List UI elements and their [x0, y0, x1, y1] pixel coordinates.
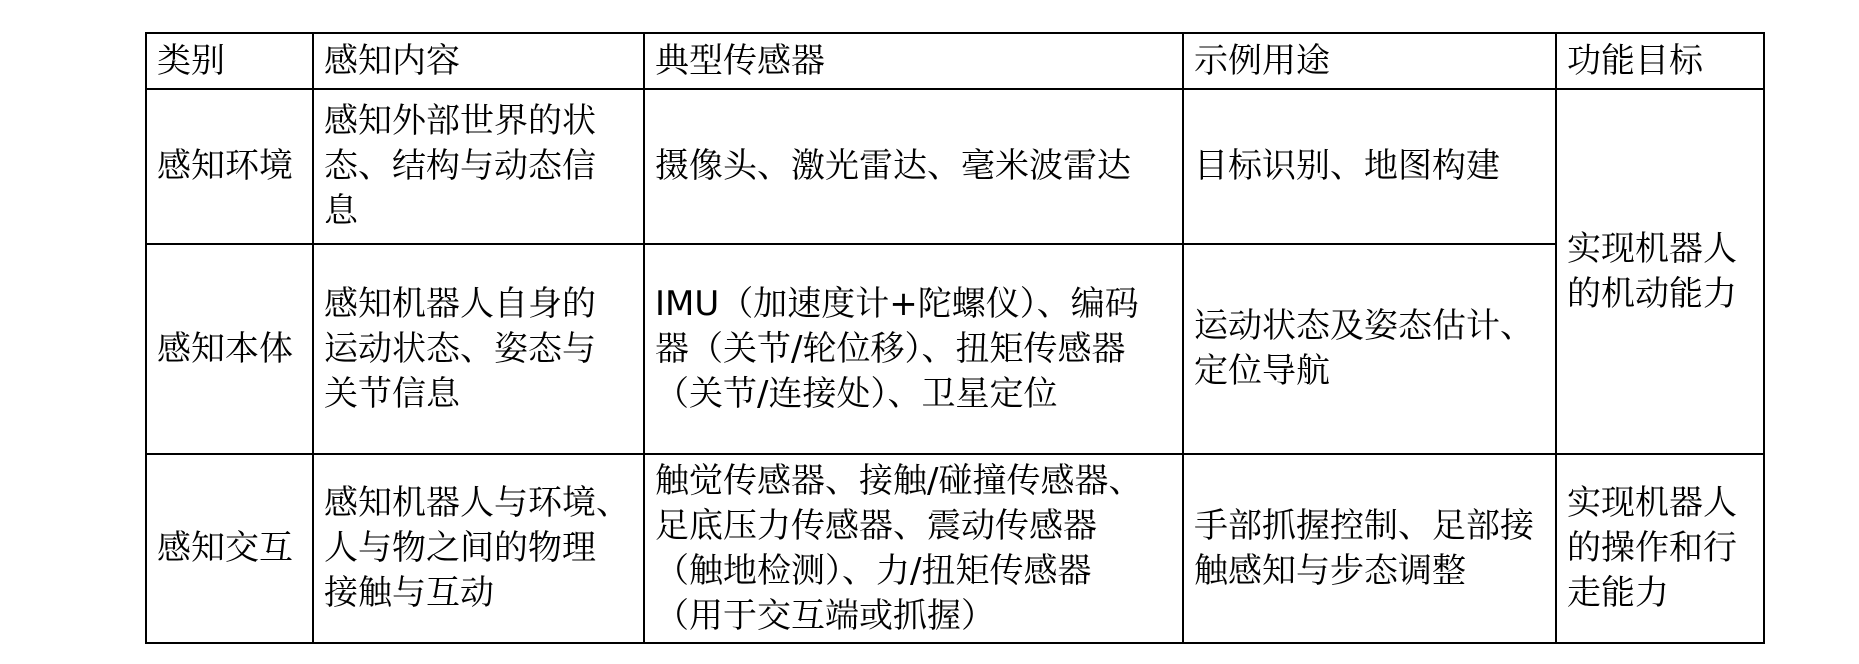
header-row: 类别 感知内容 典型传感器 示例用途 功能目标: [146, 33, 1764, 89]
cell-content-proprioception: 感知机器人自身的 运动状态、姿态与 关节信息: [313, 244, 644, 454]
cell-usage-proprioception: 运动状态及姿态估计、 定位导航: [1183, 244, 1556, 454]
page-canvas: 类别 感知内容 典型传感器 示例用途 功能目标 感知环境 感知外部世界的状 态、…: [0, 0, 1859, 664]
cell-category-proprioception: 感知本体: [146, 244, 313, 454]
col-header-sensors: 典型传感器: [644, 33, 1183, 89]
col-header-category: 类别: [146, 33, 313, 89]
robot-sensing-table: 类别 感知内容 典型传感器 示例用途 功能目标 感知环境 感知外部世界的状 态、…: [145, 32, 1765, 644]
cell-content-environment: 感知外部世界的状 态、结构与动态信 息: [313, 89, 644, 244]
col-header-content: 感知内容: [313, 33, 644, 89]
cell-sensors-environment: 摄像头、激光雷达、毫米波雷达: [644, 89, 1183, 244]
cell-usage-environment: 目标识别、地图构建: [1183, 89, 1556, 244]
cell-sensors-interaction: 触觉传感器、接触/碰撞传感器、 足底压力传感器、震动传感器 （触地检测）、力/扭…: [644, 454, 1183, 643]
cell-goal-manipulation: 实现机器人 的操作和行 走能力: [1556, 454, 1764, 643]
cell-category-environment: 感知环境: [146, 89, 313, 244]
table-row-environment: 感知环境 感知外部世界的状 态、结构与动态信 息 摄像头、激光雷达、毫米波雷达 …: [146, 89, 1764, 244]
cell-goal-mobility: 实现机器人 的机动能力: [1556, 89, 1764, 454]
cell-usage-interaction: 手部抓握控制、足部接 触感知与步态调整: [1183, 454, 1556, 643]
table-row-proprioception: 感知本体 感知机器人自身的 运动状态、姿态与 关节信息 IMU（加速度计+陀螺仪…: [146, 244, 1764, 454]
cell-category-interaction: 感知交互: [146, 454, 313, 643]
cell-sensors-proprioception: IMU（加速度计+陀螺仪）、编码 器（关节/轮位移）、扭矩传感器 （关节/连接处…: [644, 244, 1183, 454]
cell-content-interaction: 感知机器人与环境、 人与物之间的物理 接触与互动: [313, 454, 644, 643]
table-row-interaction: 感知交互 感知机器人与环境、 人与物之间的物理 接触与互动 触觉传感器、接触/碰…: [146, 454, 1764, 643]
col-header-goal: 功能目标: [1556, 33, 1764, 89]
col-header-usage: 示例用途: [1183, 33, 1556, 89]
